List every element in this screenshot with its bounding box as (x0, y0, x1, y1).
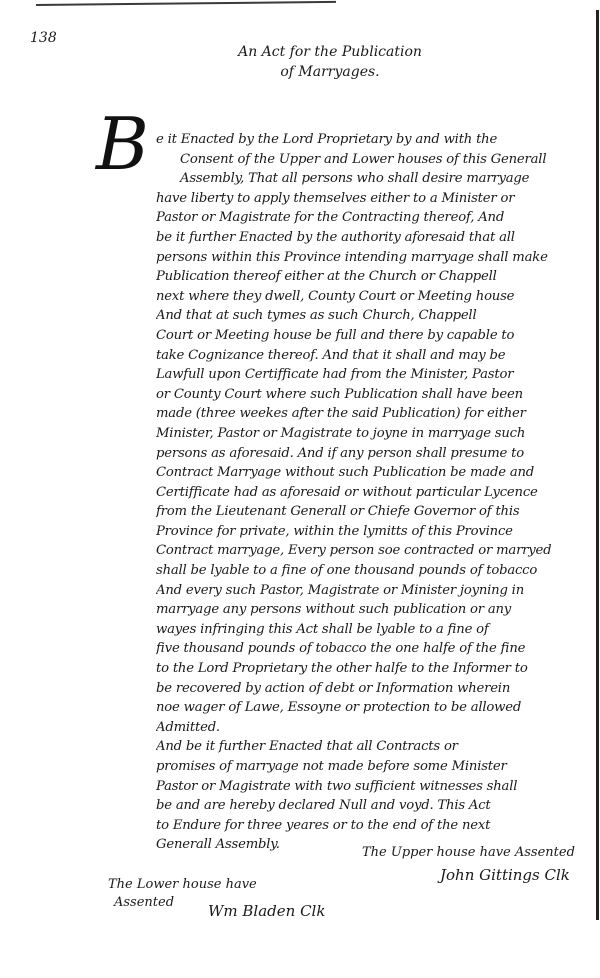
manuscript-line: Lawfull upon Certifficate had from the M… (156, 365, 588, 385)
manuscript-line: And every such Pastor, Magistrate or Min… (156, 581, 588, 601)
title-line-2: of Marryages. (220, 62, 440, 82)
manuscript-line: have liberty to apply themselves either … (156, 189, 588, 209)
manuscript-line: Certifficate had as aforesaid or without… (156, 483, 588, 503)
upper-house-assent: The Upper house have Assented (362, 842, 575, 864)
manuscript-line: Contract marryage, Every person soe cont… (156, 541, 588, 561)
manuscript-line: shall be lyable to a fine of one thousan… (156, 561, 588, 581)
manuscript-line: marryage any persons without such public… (156, 600, 588, 620)
manuscript-line: Province for private, within the lymitts… (156, 522, 588, 542)
manuscript-line: be it further Enacted by the authority a… (156, 228, 588, 248)
right-border-line (596, 10, 599, 920)
manuscript-line: Publication thereof either at the Church… (156, 267, 588, 287)
manuscript-line: be recovered by action of debt or Inform… (156, 679, 588, 699)
folio-number: 138 (30, 30, 57, 46)
manuscript-line: persons within this Province intending m… (156, 248, 588, 268)
manuscript-line: to Endure for three yeares or to the end… (156, 816, 588, 836)
act-title: An Act for the Publication of Marryages. (220, 42, 440, 82)
decorative-initial: B (96, 108, 149, 180)
manuscript-line: wayes infringing this Act shall be lyabl… (156, 620, 588, 640)
upper-house-clerk-signature: John Gittings Clk (440, 866, 570, 884)
manuscript-line: Minister, Pastor or Magistrate to joyne … (156, 424, 588, 444)
manuscript-line: Contract Marryage without such Publicati… (156, 463, 588, 483)
manuscript-line: take Cognizance thereof. And that it sha… (156, 346, 588, 366)
manuscript-line: And be it further Enacted that all Contr… (156, 737, 588, 757)
lower-house-clerk-signature: Wm Bladen Clk (208, 902, 325, 920)
manuscript-line: or County Court where such Publication s… (156, 385, 588, 405)
manuscript-line: Pastor or Magistrate with two sufficient… (156, 777, 588, 797)
manuscript-line: from the Lieutenant Generall or Chiefe G… (156, 502, 588, 522)
manuscript-line: persons as aforesaid. And if any person … (156, 444, 588, 464)
title-line-1: An Act for the Publication (220, 42, 440, 62)
manuscript-line: noe wager of Lawe, Essoyne or protection… (156, 698, 588, 718)
manuscript-line: And that at such tymes as such Church, C… (156, 306, 588, 326)
manuscript-line: made (three weekes after the said Public… (156, 404, 588, 424)
manuscript-line: Court or Meeting house be full and there… (156, 326, 588, 346)
manuscript-line: be and are hereby declared Null and voyd… (156, 796, 588, 816)
manuscript-line: Admitted. (156, 718, 588, 738)
top-border-line (36, 1, 336, 6)
manuscript-line: next where they dwell, County Court or M… (156, 287, 588, 307)
manuscript-line: five thousand pounds of tobacco the one … (156, 639, 588, 659)
act-body: e it Enacted by the Lord Proprietary by … (156, 130, 588, 855)
manuscript-line: to the Lord Proprietary the other halfe … (156, 659, 588, 679)
manuscript-line: Consent of the Upper and Lower houses of… (156, 150, 588, 170)
manuscript-page: 138 An Act for the Publication of Marrya… (0, 0, 600, 978)
manuscript-line: e it Enacted by the Lord Proprietary by … (156, 130, 588, 150)
lower-house-note-line-1: The Lower house have (108, 876, 257, 894)
manuscript-line: Pastor or Magistrate for the Contracting… (156, 208, 588, 228)
manuscript-line: Assembly, That all persons who shall des… (156, 169, 588, 189)
manuscript-line: promises of marryage not made before som… (156, 757, 588, 777)
